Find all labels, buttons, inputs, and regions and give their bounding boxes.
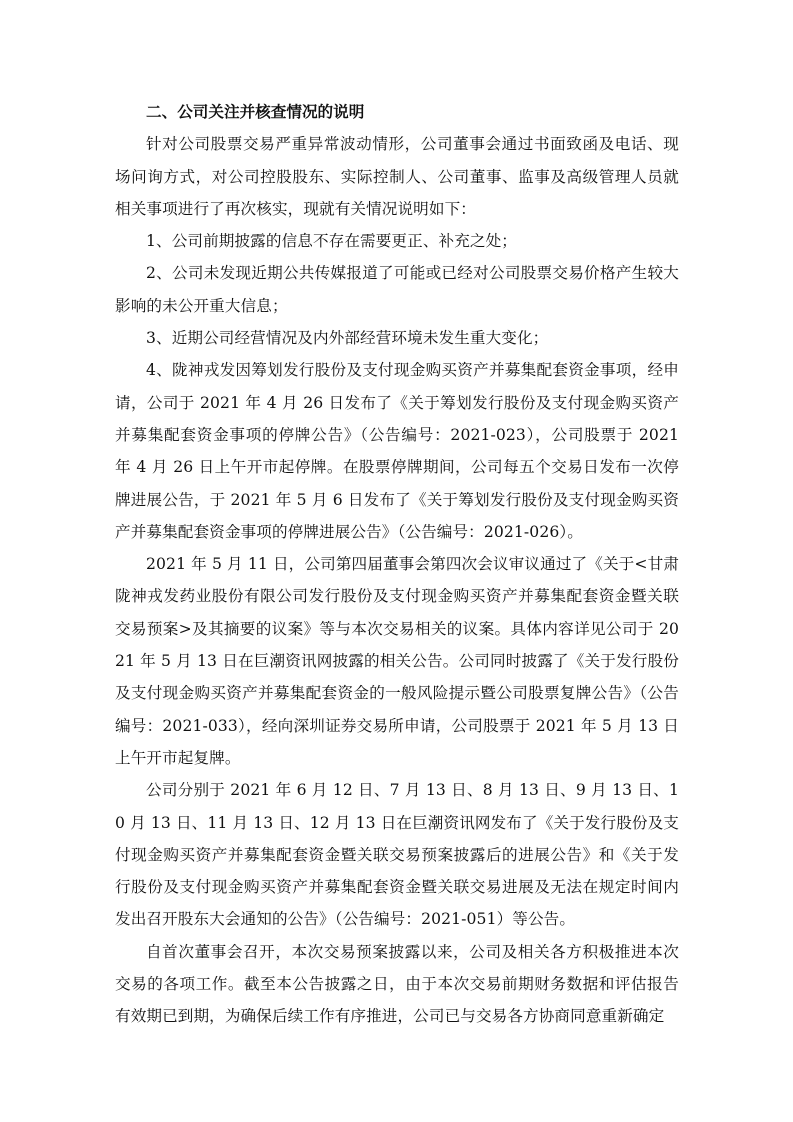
section-heading: 二、公司关注并核查情况的说明 [115, 96, 679, 128]
paragraph-item-4: 4、陇神戎发因筹划发行股份及支付现金购买资产并募集配套资金事项，经申请，公司于 … [115, 354, 679, 548]
paragraph-board-meeting: 2021 年 5 月 11 日，公司第四届董事会第四次会议审议通过了《关于<甘肃… [115, 548, 679, 774]
paragraph-transaction-progress: 自首次董事会召开，本次交易预案披露以来，公司及相关各方积极推进本次交易的各项工作… [115, 936, 679, 1033]
document-page: 二、公司关注并核查情况的说明 针对公司股票交易严重异常波动情形，公司董事会通过书… [115, 96, 679, 1033]
paragraph-item-2: 2、公司未发现近期公共传媒报道了可能或已经对公司股票交易价格产生较大影响的未公开… [115, 257, 679, 322]
paragraph-intro: 针对公司股票交易严重异常波动情形，公司董事会通过书面致函及电话、现场问询方式，对… [115, 128, 679, 225]
paragraph-item-3: 3、近期公司经营情况及内外部经营环境未发生重大变化； [115, 322, 679, 354]
paragraph-item-1: 1、公司前期披露的信息不存在需要更正、补充之处； [115, 225, 679, 257]
paragraph-progress-announcements: 公司分别于 2021 年 6 月 12 日、7 月 13 日、8 月 13 日、… [115, 774, 679, 935]
